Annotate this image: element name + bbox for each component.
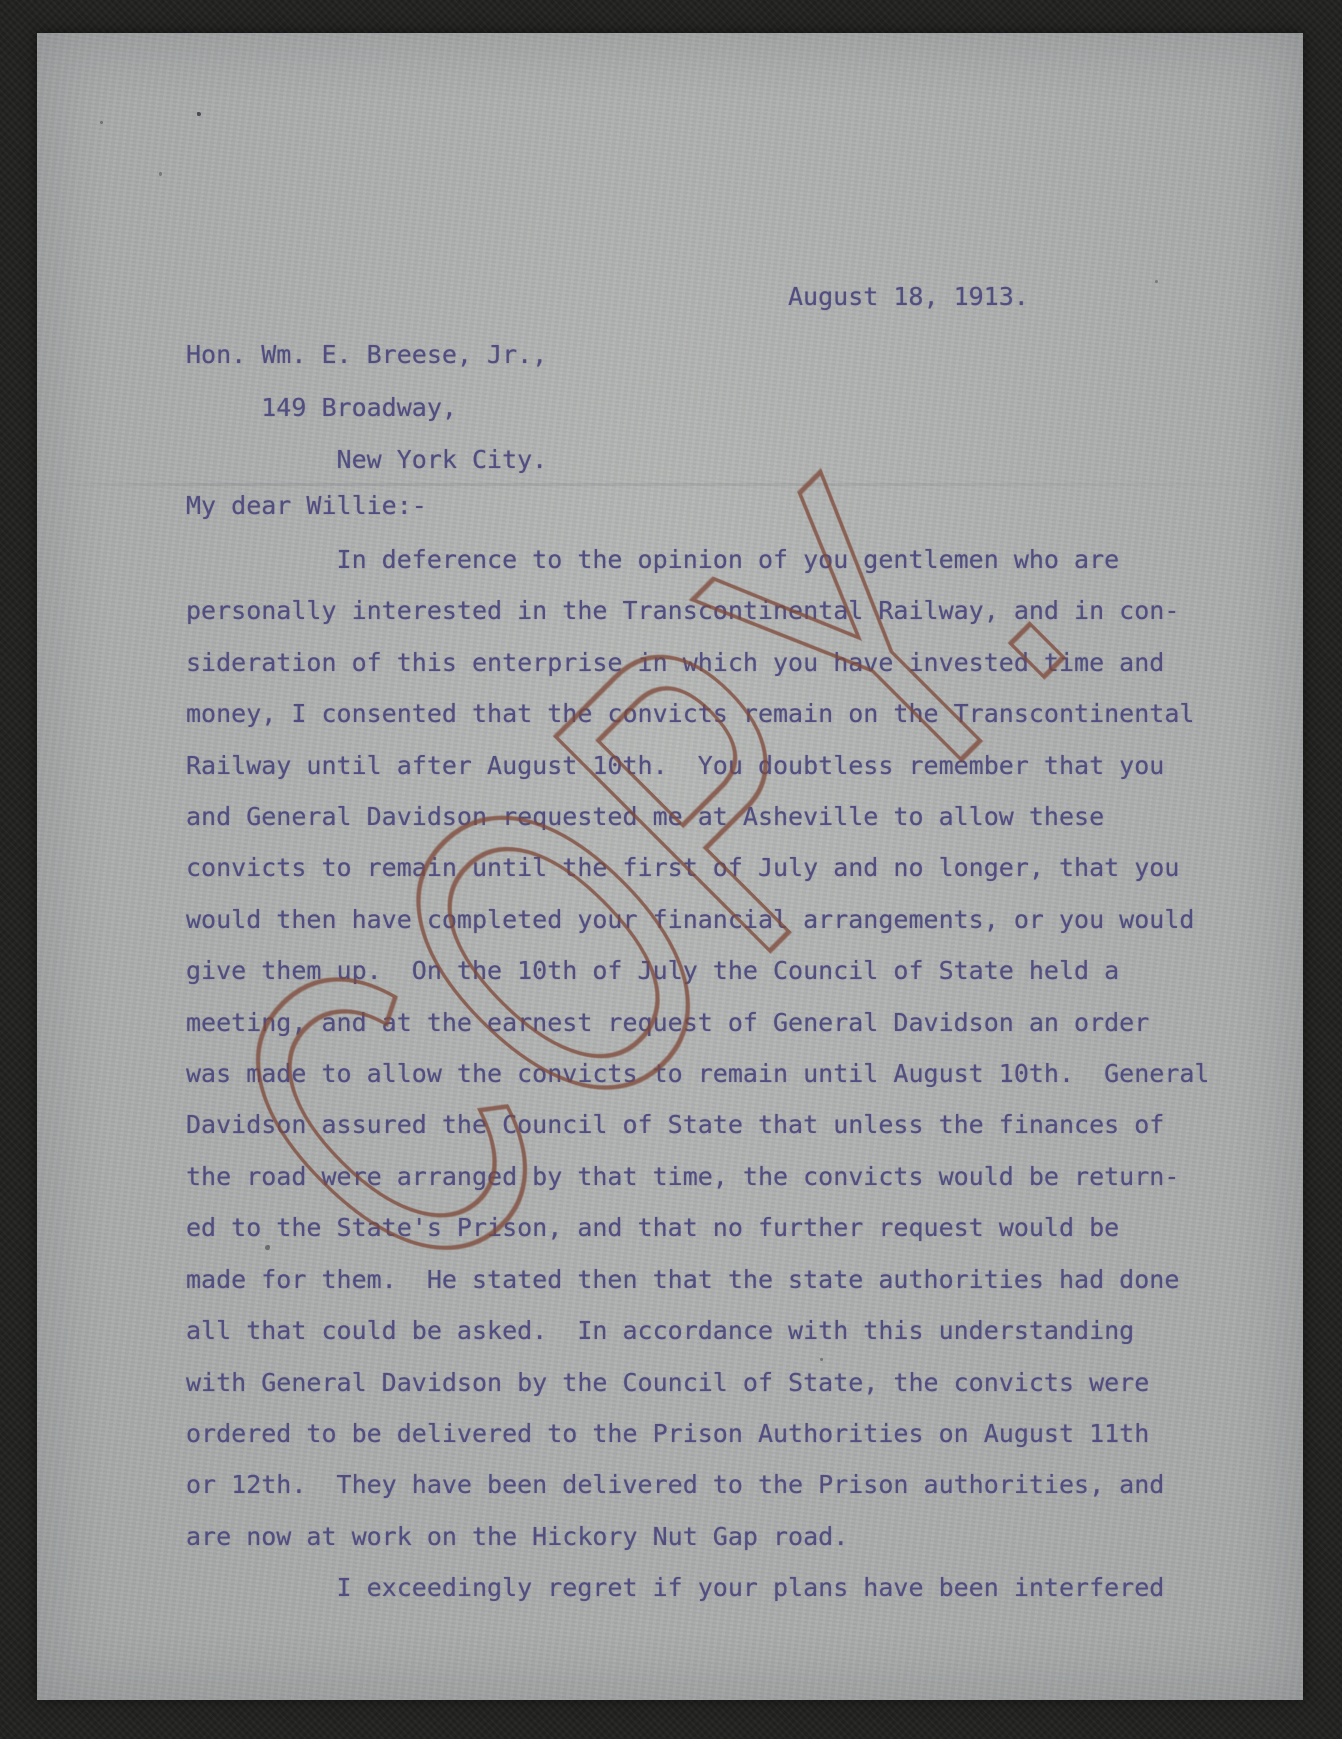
letter-body: In deference to the opinion of you gentl… <box>186 534 1210 1614</box>
body-line: made for them. He stated then that the s… <box>186 1254 1210 1305</box>
address-line: New York City. <box>186 434 547 487</box>
body-line: money, I consented that the convicts rem… <box>186 688 1210 739</box>
body-line: meeting, and at the earnest request of G… <box>186 997 1210 1048</box>
body-line: sideration of this enterprise in which y… <box>186 637 1210 688</box>
body-line: I exceedingly regret if your plans have … <box>186 1562 1210 1613</box>
body-line: was made to allow the convicts to remain… <box>186 1048 1210 1099</box>
body-line: are now at work on the Hickory Nut Gap r… <box>186 1511 1210 1562</box>
body-line: would then have completed your financial… <box>186 894 1210 945</box>
body-line: ordered to be delivered to the Prison Au… <box>186 1408 1210 1459</box>
body-line: give them up. On the 10th of July the Co… <box>186 945 1210 996</box>
body-line: and General Davidson requested me at Ash… <box>186 791 1210 842</box>
body-line: ed to the State's Prison, and that no fu… <box>186 1202 1210 1253</box>
body-line: In deference to the opinion of you gentl… <box>186 534 1210 585</box>
scan-background: August 18, 1913. Hon. Wm. E. Breese, Jr.… <box>0 0 1342 1739</box>
paper-speck <box>100 121 103 124</box>
body-line: all that could be asked. In accordance w… <box>186 1305 1210 1356</box>
body-line: personally interested in the Transcontin… <box>186 585 1210 636</box>
paper-speck <box>159 172 162 176</box>
body-line: the road were arranged by that time, the… <box>186 1151 1210 1202</box>
paper-speck <box>197 112 201 116</box>
recipient-address: Hon. Wm. E. Breese, Jr., 149 Broadway, N… <box>186 329 547 487</box>
body-line: Davidson assured the Council of State th… <box>186 1099 1210 1150</box>
body-line: or 12th. They have been delivered to the… <box>186 1459 1210 1510</box>
address-line: 149 Broadway, <box>186 382 547 435</box>
salutation: My dear Willie:- <box>186 486 427 526</box>
body-line: convicts to remain until the first of Ju… <box>186 842 1210 893</box>
paper-speck <box>1155 280 1158 283</box>
body-line: Railway until after August 10th. You dou… <box>186 740 1210 791</box>
body-line: with General Davidson by the Council of … <box>186 1357 1210 1408</box>
letter-page: August 18, 1913. Hon. Wm. E. Breese, Jr.… <box>37 33 1303 1700</box>
date-line: August 18, 1913. <box>788 277 1029 317</box>
address-line: Hon. Wm. E. Breese, Jr., <box>186 329 547 382</box>
